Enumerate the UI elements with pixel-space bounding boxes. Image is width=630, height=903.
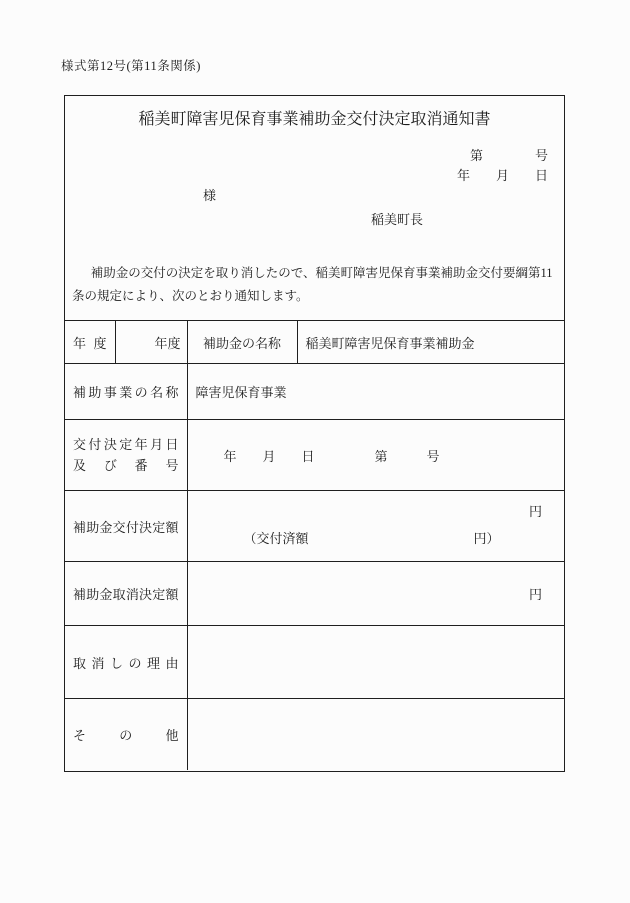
cancel-amount-unit: 円 [529, 587, 542, 602]
document-date-line: 年 月 日 [65, 166, 564, 186]
paid-amount-suffix: 円） [474, 528, 500, 547]
subsidy-name-label: 補助金の名称 [187, 321, 297, 364]
body-text-line-2: 条の規定により、次のとおり通知します。 [72, 285, 548, 308]
table-row-fiscal-year: 年度 年度 補助金の名称 稲美町障害児保育事業補助金 [65, 321, 564, 364]
table-row-other: その他 [65, 699, 564, 770]
table-row-cancel-reason: 取消しの理由 [65, 626, 564, 699]
grant-amount-unit: 円 [529, 501, 542, 520]
cancel-amount-value-cell: 円 [187, 562, 564, 626]
fiscal-year-value: 年度 [115, 321, 187, 364]
table-row-cancel-amount: 補助金取消決定額 円 [65, 562, 564, 626]
other-value-cell [187, 699, 564, 770]
grant-decision-label-line1: 交付決定年月日 [73, 434, 179, 455]
notice-table: 年度 年度 補助金の名称 稲美町障害児保育事業補助金 補助事業の名称 障害児保育… [65, 320, 564, 770]
recipient-line: 様 [65, 186, 564, 206]
grant-decision-number-placeholder: 第 号 [375, 449, 440, 464]
grant-amount-label: 補助金交付決定額 [65, 491, 187, 562]
body-text-line-1: 補助金の交付の決定を取り消したので、稲美町障害児保育事業補助金交付要綱第11 [72, 262, 548, 285]
table-row-project-name: 補助事業の名称 障害児保育事業 [65, 364, 564, 420]
sender-line: 稲美町長 [65, 210, 564, 230]
subsidy-name-value: 稲美町障害児保育事業補助金 [297, 321, 564, 364]
project-name-value: 障害児保育事業 [187, 364, 564, 420]
grant-decision-label: 交付決定年月日 及び番号 [65, 420, 187, 491]
fiscal-year-label: 年度 [65, 321, 115, 364]
grant-decision-label-line2: 及び番号 [73, 455, 179, 476]
grant-decision-value-cell: 年 月 日第 号 [187, 420, 564, 491]
document-title: 稲美町障害児保育事業補助金交付決定取消通知書 [65, 96, 564, 132]
form-number-label: 様式第12号(第11条関係) [61, 57, 201, 75]
cancel-amount-label: 補助金取消決定額 [65, 562, 187, 626]
document-number-line: 第 号 [65, 146, 564, 166]
cancel-reason-label: 取消しの理由 [65, 626, 187, 699]
notice-header: 稲美町障害児保育事業補助金交付決定取消通知書 第 号 年 月 日 様 稲美町長 … [65, 96, 564, 320]
other-label: その他 [65, 699, 187, 770]
table-row-grant-amount: 補助金交付決定額 円 （交付済額 円） [65, 491, 564, 562]
grant-decision-date-placeholder: 年 月 日 [188, 449, 315, 464]
body-paragraph: 補助金の交付の決定を取り消したので、稲美町障害児保育事業補助金交付要綱第11 条… [65, 262, 564, 308]
project-name-label: 補助事業の名称 [65, 364, 187, 420]
paid-amount-prefix: （交付済額 [244, 528, 309, 547]
document-page: 様式第12号(第11条関係) 稲美町障害児保育事業補助金交付決定取消通知書 第 … [0, 0, 630, 903]
cancel-reason-value-cell [187, 626, 564, 699]
notice-form-box: 稲美町障害児保育事業補助金交付決定取消通知書 第 号 年 月 日 様 稲美町長 … [64, 95, 565, 772]
table-row-grant-decision: 交付決定年月日 及び番号 年 月 日第 号 [65, 420, 564, 491]
grant-amount-value-cell: 円 （交付済額 円） [187, 491, 564, 562]
